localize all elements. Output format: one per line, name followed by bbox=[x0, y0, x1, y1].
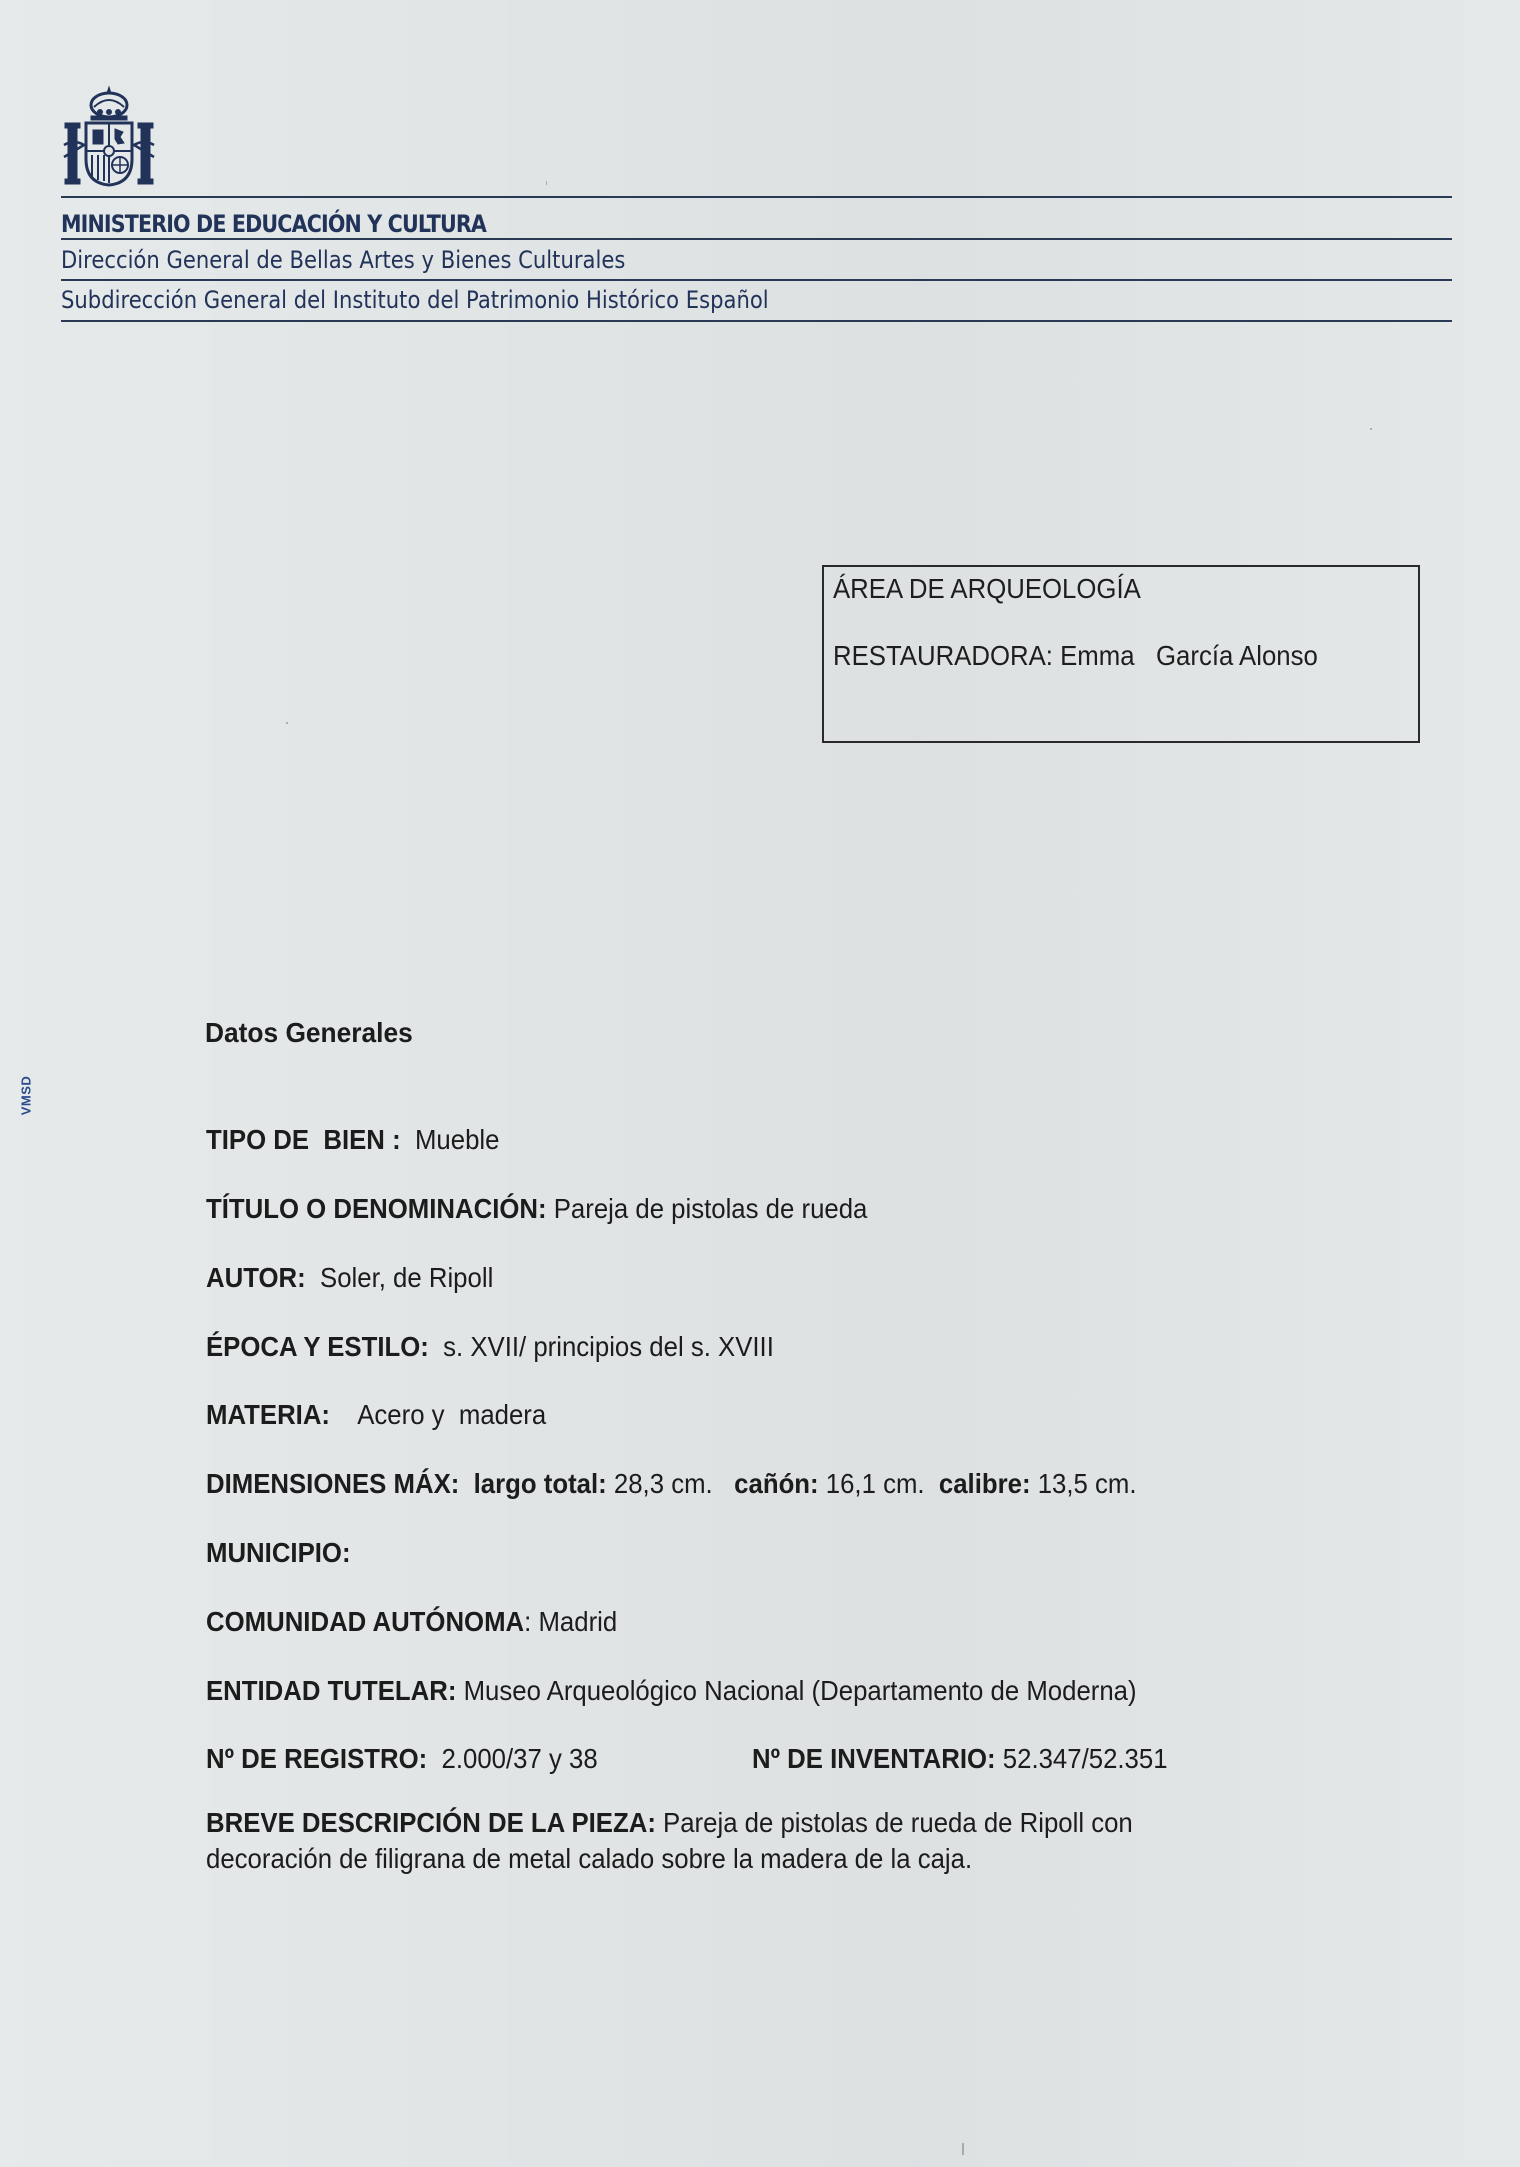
field-dimensiones: DIMENSIONES MÁX: largo total: 28,3 cm. c… bbox=[206, 1468, 1136, 1500]
area-box: ÁREA DE ARQUEOLOGÍA RESTAURADORA: Emma G… bbox=[822, 565, 1420, 743]
field-label: DIMENSIONES MÁX: bbox=[206, 1468, 459, 1499]
field-epoca: ÉPOCA Y ESTILO: s. XVII/ principios del … bbox=[206, 1331, 774, 1363]
restorer-name: Emma García Alonso bbox=[1060, 640, 1318, 671]
canon-label: cañón: bbox=[734, 1468, 818, 1499]
field-titulo: TÍTULO O DENOMINACIÓN: Pareja de pistola… bbox=[206, 1193, 867, 1225]
area-name: ÁREA DE ARQUEOLOGÍA bbox=[833, 573, 1141, 605]
header-rule-2 bbox=[61, 238, 1452, 240]
field-label: AUTOR: bbox=[206, 1262, 306, 1293]
header-rule-1 bbox=[61, 196, 1452, 198]
field-value: 2.000/37 y 38 bbox=[442, 1743, 598, 1774]
field-value: Museo Arqueológico Nacional (Departament… bbox=[464, 1675, 1137, 1706]
field-tipo: TIPO DE BIEN : Mueble bbox=[206, 1124, 499, 1156]
subdirection: Subdirección General del Instituto del P… bbox=[61, 286, 769, 314]
field-label: MATERIA: bbox=[206, 1399, 330, 1430]
side-mark: VMSD bbox=[18, 1076, 33, 1116]
largo-value: 28,3 cm. bbox=[614, 1468, 713, 1499]
field-inventario: Nº DE INVENTARIO: 52.347/52.351 bbox=[752, 1743, 1168, 1775]
scan-speck bbox=[546, 181, 547, 185]
field-autor: AUTOR: Soler, de Ripoll bbox=[206, 1262, 493, 1294]
largo-label: largo total: bbox=[474, 1468, 607, 1499]
field-comunidad: COMUNIDAD AUTÓNOMA: Madrid bbox=[206, 1606, 617, 1638]
field-label: COMUNIDAD AUTÓNOMA bbox=[206, 1606, 524, 1637]
field-municipio: MUNICIPIO: bbox=[206, 1537, 358, 1569]
calibre-value: 13,5 cm. bbox=[1038, 1468, 1137, 1499]
restorer-line: RESTAURADORA: Emma García Alonso bbox=[833, 640, 1318, 672]
field-label: TÍTULO O DENOMINACIÓN: bbox=[206, 1193, 547, 1224]
field-label: ÉPOCA Y ESTILO: bbox=[206, 1331, 429, 1362]
field-value: s. XVII/ principios del s. XVIII bbox=[443, 1331, 774, 1362]
header-rule-3 bbox=[61, 279, 1452, 281]
spain-coat-of-arms-icon bbox=[62, 85, 156, 187]
field-descripcion: BREVE DESCRIPCIÓN DE LA PIEZA: Pareja de… bbox=[206, 1805, 1246, 1877]
field-value: 52.347/52.351 bbox=[1003, 1743, 1168, 1774]
field-label: Nº DE REGISTRO: bbox=[206, 1743, 427, 1774]
field-value: Pareja de pistolas de rueda bbox=[554, 1193, 868, 1224]
scan-speck bbox=[962, 2143, 964, 2155]
field-value: : Madrid bbox=[524, 1606, 617, 1637]
field-registro: Nº DE REGISTRO: 2.000/37 y 38 bbox=[206, 1743, 598, 1775]
field-label: Nº DE INVENTARIO: bbox=[752, 1743, 996, 1774]
field-label: MUNICIPIO: bbox=[206, 1537, 351, 1568]
section-title: Datos Generales bbox=[205, 1017, 413, 1049]
field-entidad: ENTIDAD TUTELAR: Museo Arqueológico Naci… bbox=[206, 1675, 1137, 1707]
canon-value: 16,1 cm. bbox=[826, 1468, 925, 1499]
scan-speck bbox=[286, 722, 288, 724]
restorer-label: RESTAURADORA: bbox=[833, 640, 1053, 671]
ministry-name: MINISTERIO DE EDUCACIÓN Y CULTURA bbox=[61, 210, 486, 238]
scan-speck bbox=[1370, 428, 1372, 430]
field-label: TIPO DE BIEN : bbox=[206, 1124, 401, 1155]
general-direction: Dirección General de Bellas Artes y Bien… bbox=[61, 246, 625, 274]
field-label: ENTIDAD TUTELAR: bbox=[206, 1675, 456, 1706]
field-label: BREVE DESCRIPCIÓN DE LA PIEZA: bbox=[206, 1807, 656, 1838]
field-value: Acero y madera bbox=[357, 1399, 546, 1430]
field-value: Mueble bbox=[415, 1124, 499, 1155]
header-rule-4 bbox=[61, 320, 1452, 322]
calibre-label: calibre: bbox=[939, 1468, 1031, 1499]
field-value: Soler, de Ripoll bbox=[320, 1262, 493, 1293]
field-materia: MATERIA: Acero y madera bbox=[206, 1399, 546, 1431]
